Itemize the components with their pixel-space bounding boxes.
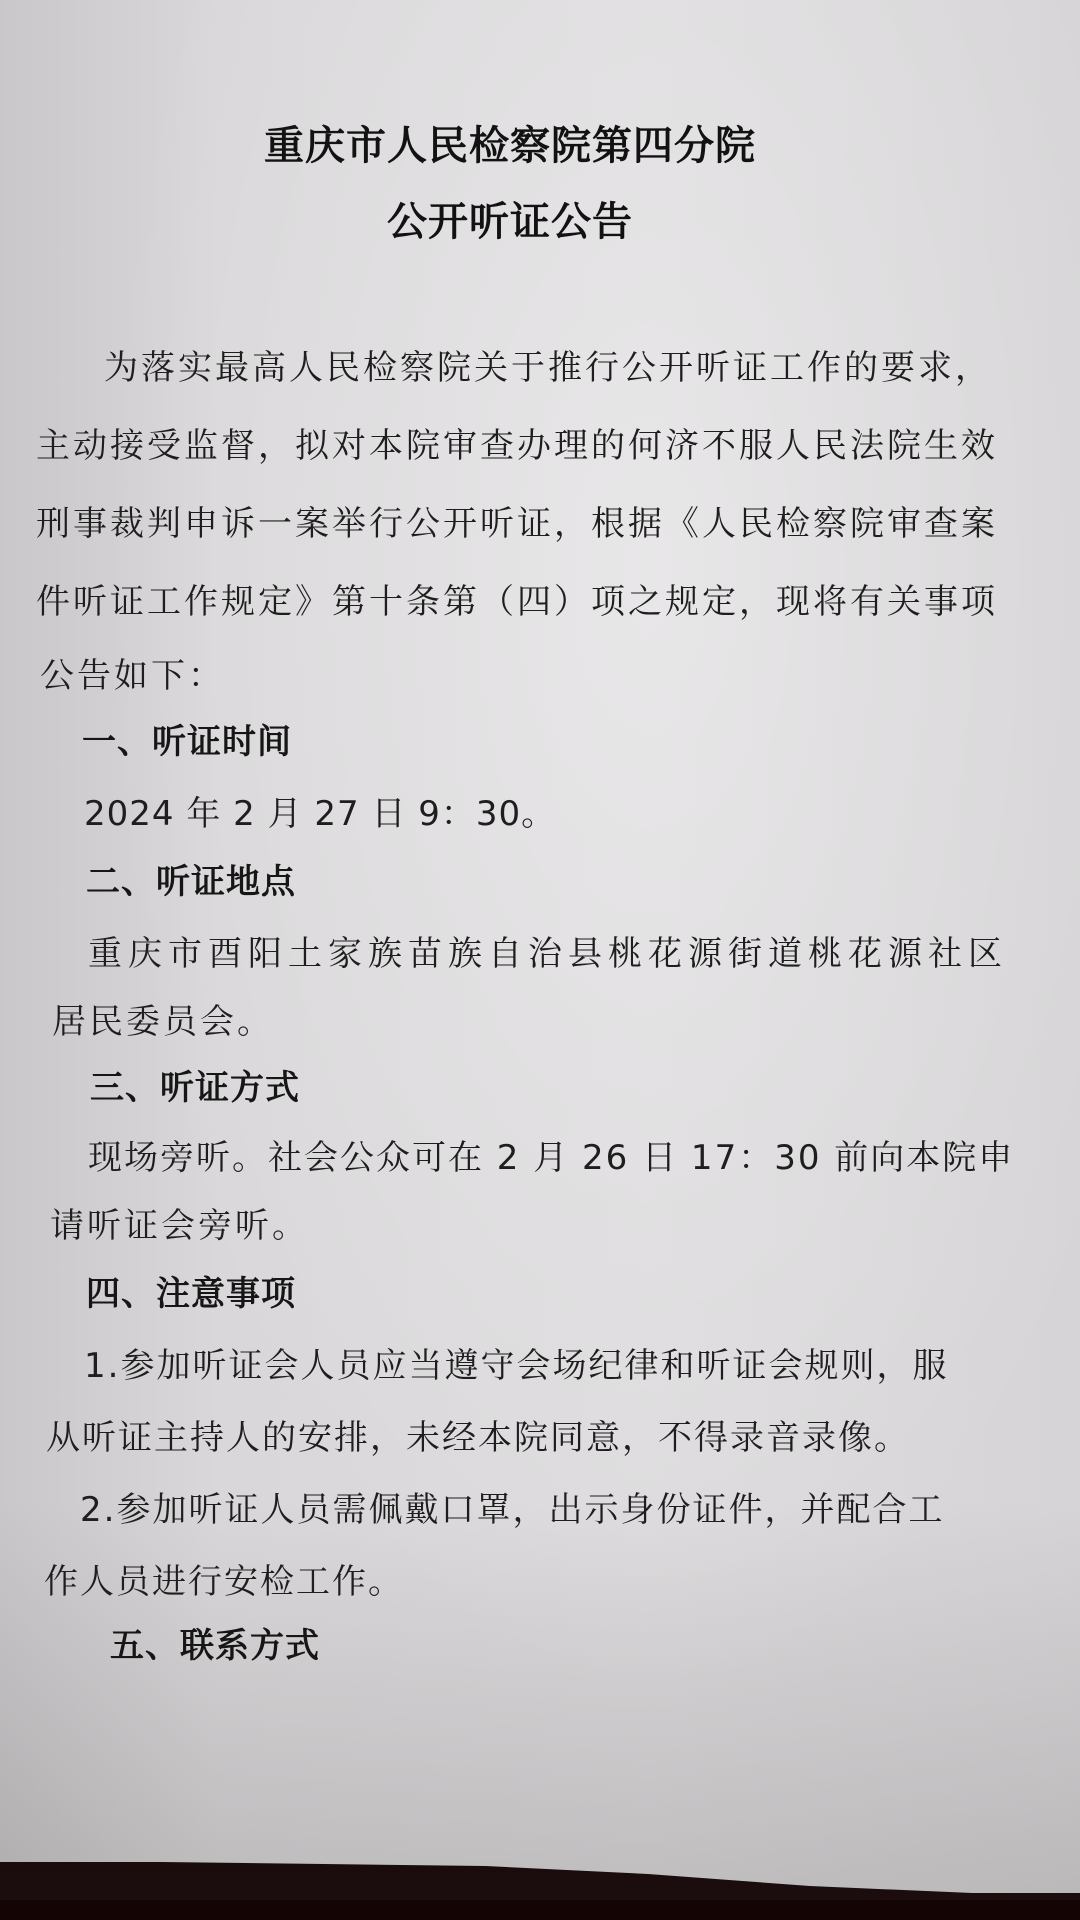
intro-line-1: 为落实最高人民检察院关于推行公开听证工作的要求， [104, 340, 992, 389]
hearing-time: 2024 年 2 月 27 日 9：30。 [84, 786, 556, 835]
intro-line-3: 刑事裁判申诉一案举行公开听证，根据《人民检察院审查案 [36, 496, 998, 545]
intro-line-5: 公告如下： [40, 648, 225, 697]
note-1-line-2: 从听证主持人的安排，未经本院同意，不得录音录像。 [46, 1410, 910, 1459]
section-heading-contact: 五、联系方式 [110, 1618, 320, 1667]
hearing-method-line-1: 现场旁听。社会公众可在 2 月 26 日 17：30 前向本院申 [88, 1130, 1014, 1179]
note-2-line-1: 2.参加听证人员需佩戴口罩，出示身份证件，并配合工 [80, 1482, 944, 1531]
document-title-line1: 重庆市人民检察院第四分院 [0, 114, 1020, 171]
intro-line-2: 主动接受监督，拟对本院审查办理的何济不服人民法院生效 [36, 418, 998, 467]
section-heading-notes: 四、注意事项 [86, 1266, 296, 1315]
section-heading-time: 一、听证时间 [82, 714, 292, 763]
note-1-line-1: 1.参加听证会人员应当遵守会场纪律和听证会规则，服 [84, 1338, 948, 1387]
intro-line-4: 件听证工作规定》第十条第（四）项之规定，现将有关事项 [36, 574, 998, 623]
document-title-line2: 公开听证公告 [0, 190, 1020, 247]
hearing-method-line-2: 请听证会旁听。 [50, 1198, 309, 1247]
hearing-location-line-2: 居民委员会。 [52, 994, 274, 1043]
section-heading-location: 二、听证地点 [86, 854, 296, 903]
hearing-location-line-1: 重庆市酉阳土家族苗族自治县桃花源街道桃花源社区 [88, 926, 1008, 975]
section-heading-method: 三、听证方式 [90, 1060, 300, 1109]
note-2-line-2: 作人员进行安检工作。 [44, 1554, 404, 1603]
